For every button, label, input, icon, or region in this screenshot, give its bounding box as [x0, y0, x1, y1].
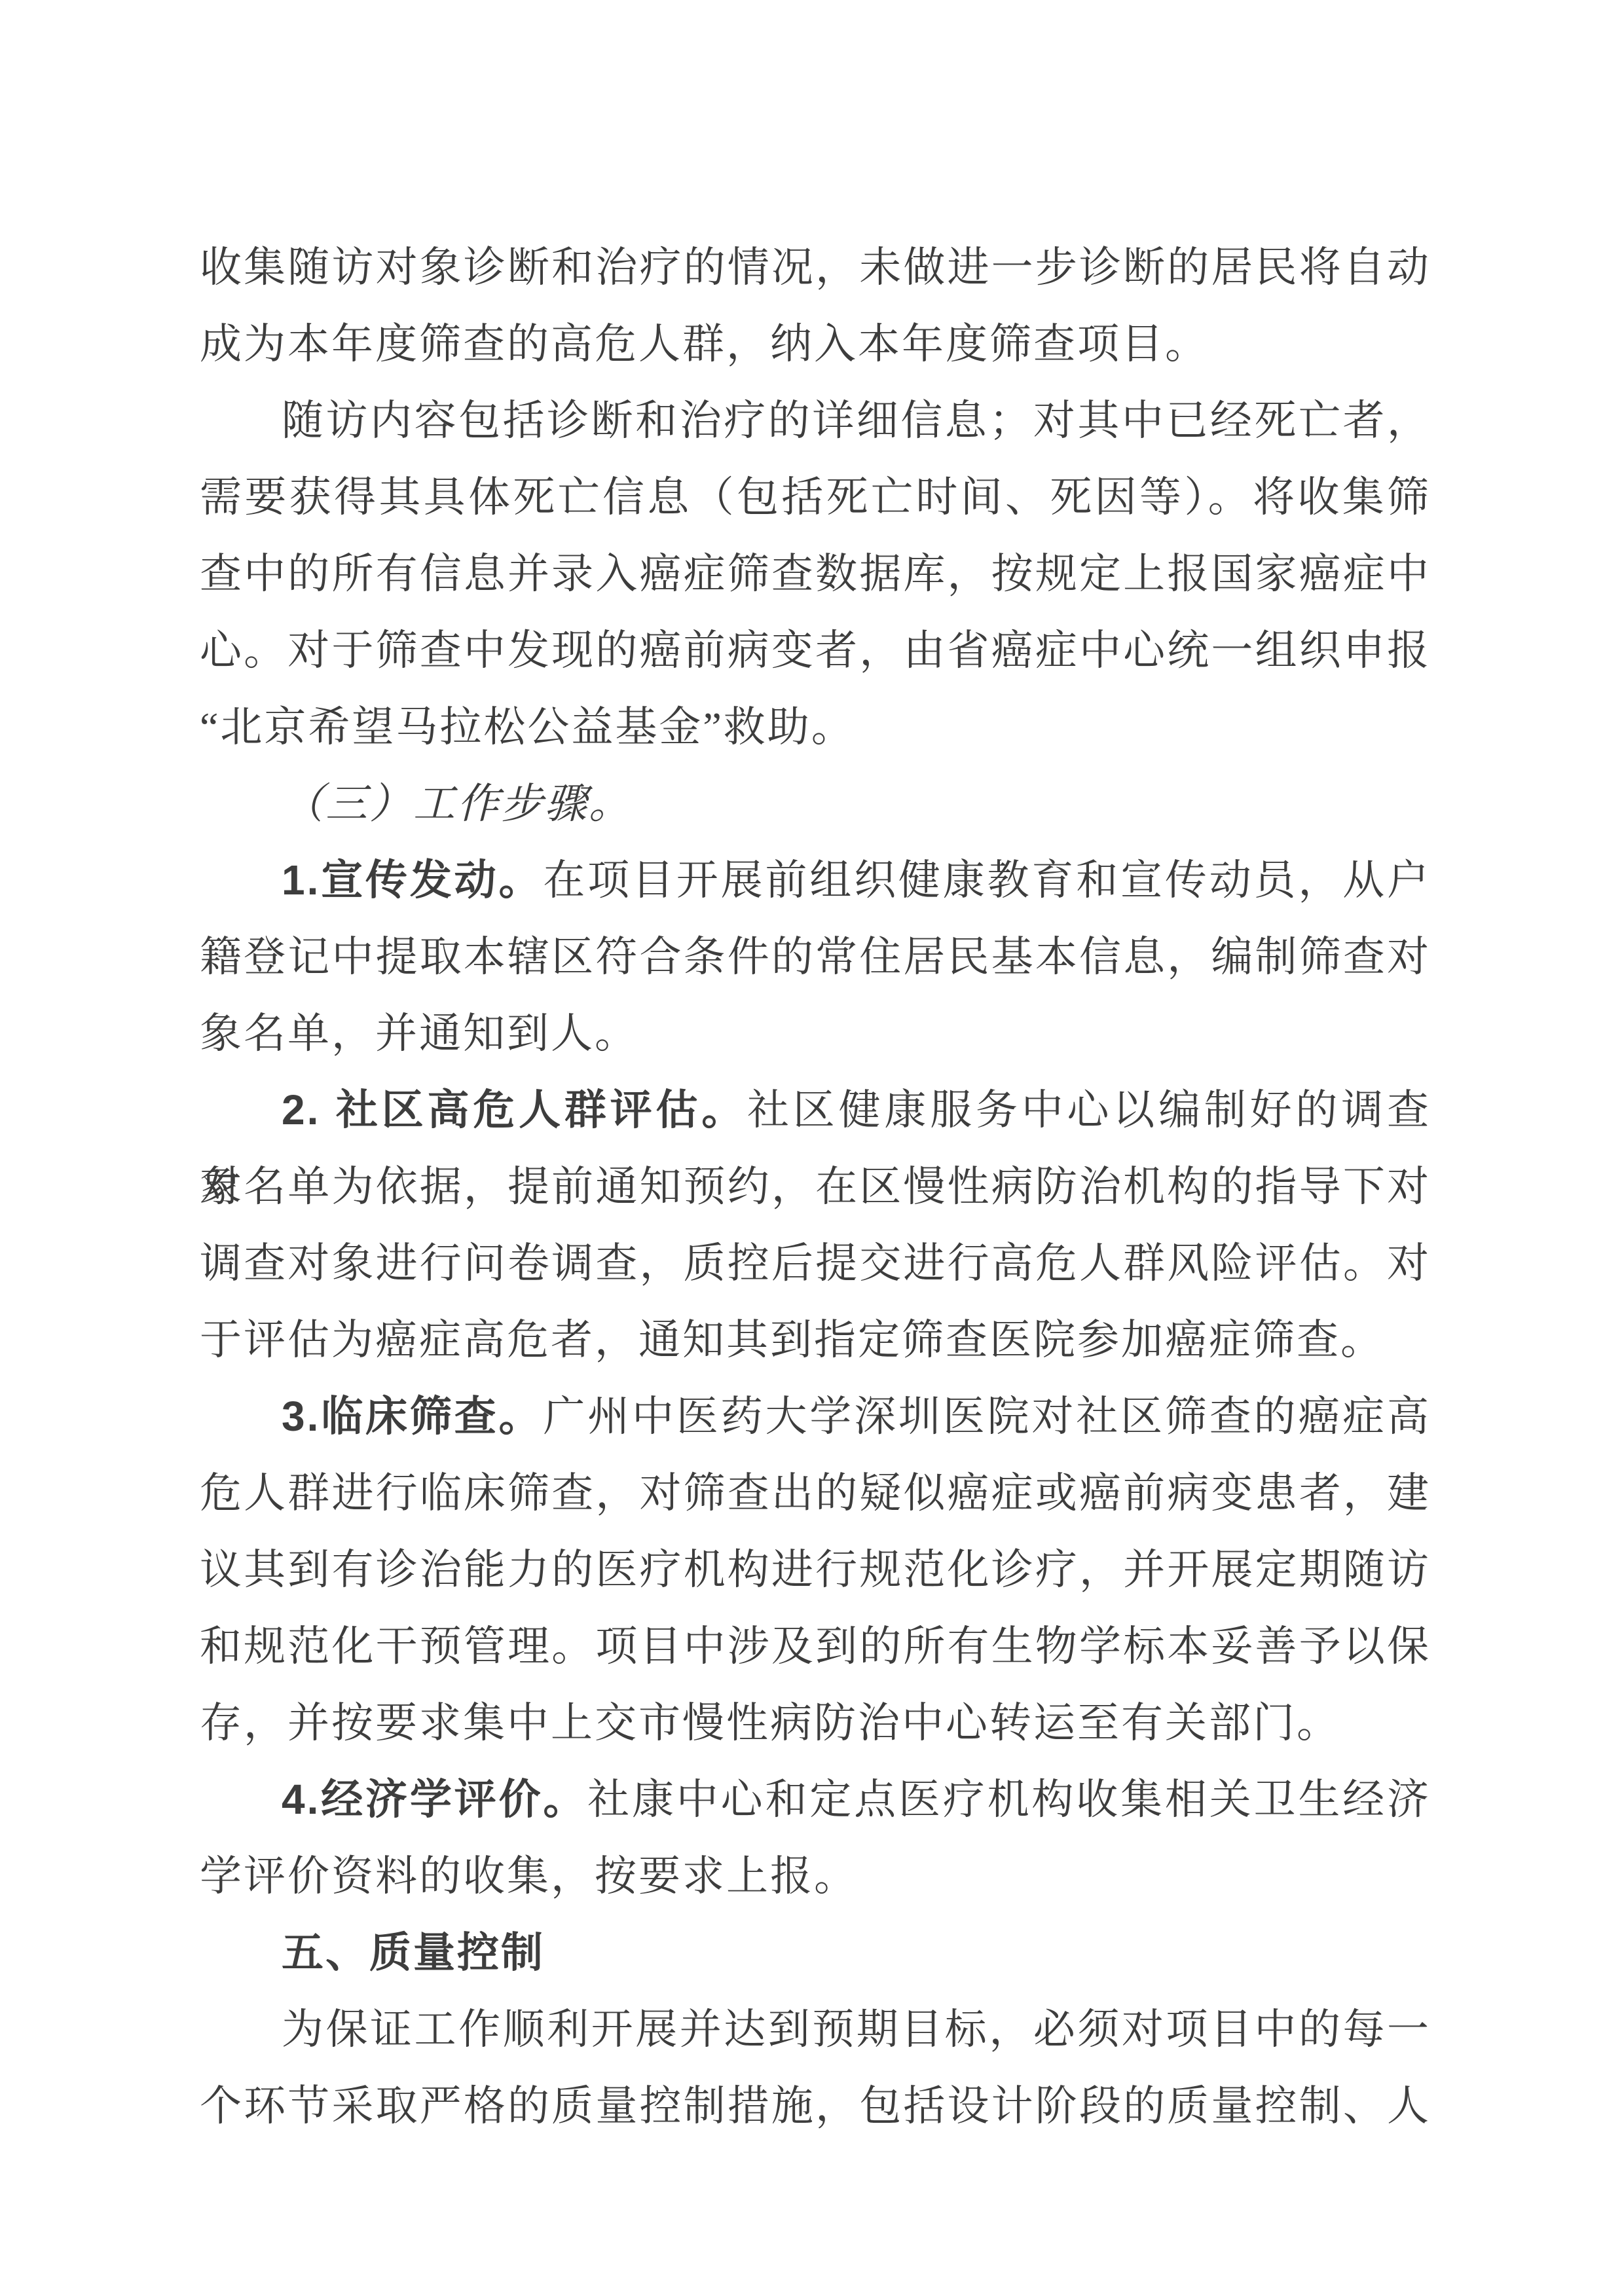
text-run: 象名单为依据，提前通知预约，在区慢性病防治机构的指导下对	[200, 1164, 1431, 1210]
text-line: 1.宣传发动。在项目开展前组织健康教育和宣传动员，从户	[200, 842, 1431, 919]
text-line: 查中的所有信息并录入癌症筛查数据库，按规定上报国家癌症中	[200, 536, 1431, 612]
text-run: “北京希望马拉松公益基金”救助。	[200, 704, 855, 750]
text-run: 调查对象进行问卷调查，质控后提交进行高危人群风险评估。对	[200, 1240, 1431, 1287]
text-run: 象名单，并通知到人。	[200, 1010, 638, 1057]
text-run: 籍登记中提取本辖区符合条件的常住居民基本信息，编制筛查对	[200, 934, 1431, 980]
text-run: 存，并按要求集中上交市慢性病防治中心转运至有关部门。	[200, 1700, 1340, 1746]
text-line: 成为本年度筛查的高危人群，纳入本年度筛查项目。	[200, 306, 1431, 382]
text-line: 随访内容包括诊断和治疗的详细信息；对其中已经死亡者，	[200, 382, 1431, 459]
text-run: 为保证工作顺利开展并达到预期目标，必须对项目中的每一	[282, 2006, 1431, 2053]
text-run: 危人群进行临床筛查，对筛查出的疑似癌症或癌前病变患者，建	[200, 1470, 1431, 1516]
kaiti-run: （三）工作步骤。	[282, 780, 633, 827]
text-line: 个环节采取严格的质量控制措施，包括设计阶段的质量控制、人	[200, 2068, 1431, 2144]
text-run: 议其到有诊治能力的医疗机构进行规范化诊疗，并开展定期随访	[200, 1547, 1431, 1593]
text-line: 2. 社区高危人群评估。社区健康服务中心以编制好的调查对	[200, 1072, 1431, 1148]
text-run: 个环节采取严格的质量控制措施，包括设计阶段的质量控制、人	[200, 2083, 1431, 2129]
text-run: 随访内容包括诊断和治疗的详细信息；对其中已经死亡者，	[282, 397, 1431, 444]
text-run: 广州中医药大学深圳医院对社区筛查的癌症高	[543, 1393, 1431, 1440]
text-line: 收集随访对象诊断和治疗的情况，未做进一步诊断的居民将自动	[200, 229, 1431, 306]
text-line: （三）工作步骤。	[200, 765, 1431, 842]
text-line: 象名单为依据，提前通知预约，在区慢性病防治机构的指导下对	[200, 1148, 1431, 1225]
text-line: 心。对于筛查中发现的癌前病变者，由省癌症中心统一组织申报	[200, 612, 1431, 689]
text-line: 象名单，并通知到人。	[200, 995, 1431, 1072]
text-line: 3.临床筛查。广州中医药大学深圳医院对社区筛查的癌症高	[200, 1378, 1431, 1455]
text-line: 为保证工作顺利开展并达到预期目标，必须对项目中的每一	[200, 1991, 1431, 2068]
bold-run: 五、质量控制	[282, 1929, 545, 1976]
text-run: 心。对于筛查中发现的癌前病变者，由省癌症中心统一组织申报	[200, 627, 1431, 674]
text-line: 学评价资料的收集，按要求上报。	[200, 1838, 1431, 1915]
text-line: 存，并按要求集中上交市慢性病防治中心转运至有关部门。	[200, 1685, 1431, 1761]
text-run: 成为本年度筛查的高危人群，纳入本年度筛查项目。	[200, 321, 1209, 367]
bold-run: 4.经济学评价。	[282, 1776, 587, 1823]
text-line: 五、质量控制	[200, 1915, 1431, 1991]
text-run: 在项目开展前组织健康教育和宣传动员，从户	[543, 857, 1431, 904]
text-line: 4.经济学评价。社康中心和定点医疗机构收集相关卫生经济	[200, 1761, 1431, 1838]
text-line: 调查对象进行问卷调查，质控后提交进行高危人群风险评估。对	[200, 1225, 1431, 1302]
text-line: 籍登记中提取本辖区符合条件的常住居民基本信息，编制筛查对	[200, 919, 1431, 995]
text-run: 需要获得其具体死亡信息（包括死亡时间、死因等）。将收集筛	[200, 474, 1431, 521]
document-page: 收集随访对象诊断和治疗的情况，未做进一步诊断的居民将自动成为本年度筛查的高危人群…	[0, 0, 1624, 2295]
text-run: 和规范化干预管理。项目中涉及到的所有生物学标本妥善予以保	[200, 1623, 1431, 1670]
text-run: 于评估为癌症高危者，通知其到指定筛查医院参加癌症筛查。	[200, 1317, 1384, 1363]
text-run: 收集随访对象诊断和治疗的情况，未做进一步诊断的居民将自动	[200, 244, 1431, 291]
bold-run: 1.宣传发动。	[282, 856, 543, 904]
text-run: 查中的所有信息并录入癌症筛查数据库，按规定上报国家癌症中	[200, 551, 1431, 597]
bold-run: 2. 社区高危人群评估。	[282, 1086, 747, 1133]
bold-run: 3.临床筛查。	[282, 1393, 543, 1440]
text-line: “北京希望马拉松公益基金”救助。	[200, 689, 1431, 765]
document-body: 收集随访对象诊断和治疗的情况，未做进一步诊断的居民将自动成为本年度筛查的高危人群…	[200, 229, 1431, 2144]
text-run: 学评价资料的收集，按要求上报。	[200, 1853, 858, 1900]
text-line: 议其到有诊治能力的医疗机构进行规范化诊疗，并开展定期随访	[200, 1532, 1431, 1608]
text-line: 和规范化干预管理。项目中涉及到的所有生物学标本妥善予以保	[200, 1608, 1431, 1685]
text-line: 危人群进行临床筛查，对筛查出的疑似癌症或癌前病变患者，建	[200, 1455, 1431, 1532]
text-line: 需要获得其具体死亡信息（包括死亡时间、死因等）。将收集筛	[200, 459, 1431, 536]
text-run: 社康中心和定点医疗机构收集相关卫生经济	[587, 1776, 1431, 1823]
text-line: 于评估为癌症高危者，通知其到指定筛查医院参加癌症筛查。	[200, 1302, 1431, 1378]
